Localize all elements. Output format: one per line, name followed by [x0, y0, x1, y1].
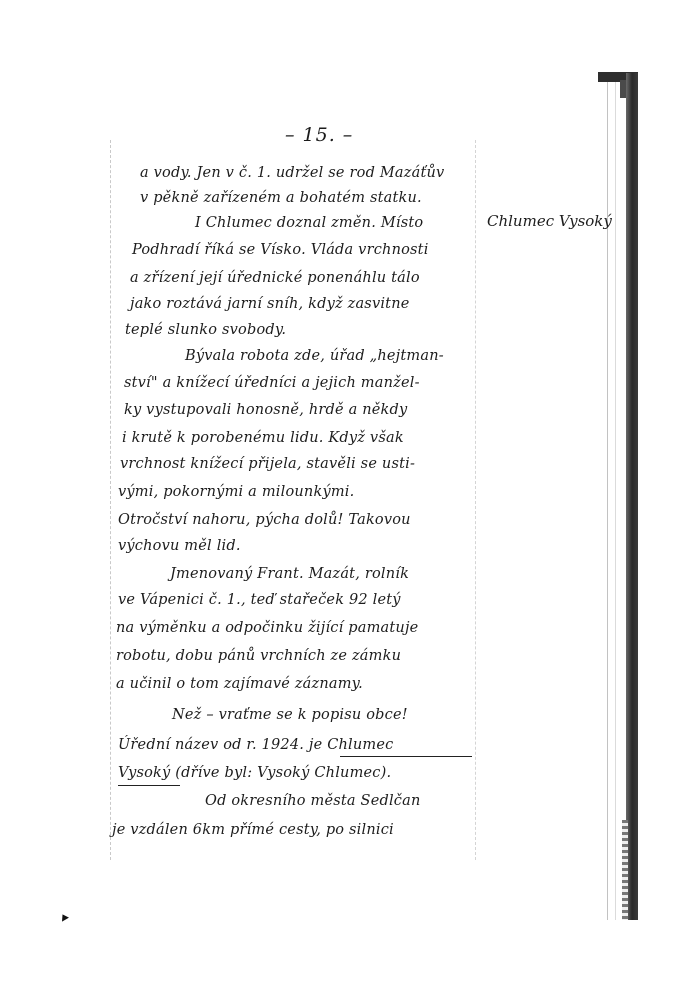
text-line: teplé slunko svobody. [125, 322, 286, 338]
text-line: Podhradí říká se Vísko. Vláda vrchnosti [132, 242, 429, 258]
corner-mark [59, 912, 69, 921]
page-number: – 15. – [285, 124, 353, 146]
text-line: Než – vraťme se k popisu obce! [172, 707, 408, 723]
manuscript-page: – 15. – Chlumec Vysoký a vody. Jen v č. … [0, 0, 700, 993]
text-line: ve Vápenici č. 1., teď stařeček 92 letý [118, 592, 401, 608]
text-line: výchovu měl lid. [118, 538, 241, 554]
text-line: vrchnost knížecí přijela, stavěli se ust… [120, 456, 415, 472]
text-line: a zřízení její úřednické ponenáhlu tálo [130, 270, 420, 286]
text-line: a vody. Jen v č. 1. udržel se rod Mazáťů… [140, 165, 444, 181]
text-line: Úřední název od r. 1924. je Chlumec [118, 737, 393, 753]
text-line: v pěkně zařízeném a bohatém statku. [140, 190, 422, 206]
left-margin-rule [110, 140, 111, 860]
text-line: Jmenovaný Frant. Mazát, rolník [170, 566, 409, 582]
text-line: Otročství nahoru, pýcha dolů! Takovou [118, 512, 411, 528]
text-line: Vysoký (dříve byl: Vysoký Chlumec). [118, 765, 391, 781]
text-line: i krutě k porobenému lidu. Když však [122, 430, 404, 446]
right-margin-rule [475, 140, 476, 860]
text-line: jako roztává jarní sníh, když zasvitne [130, 296, 410, 312]
text-line: ství" a knížecí úředníci a jejich manžel… [124, 375, 420, 391]
text-line: a učinil o tom zajímavé záznamy. [116, 676, 363, 692]
text-line: Bývala robota zde, úřad „hejtman- [185, 348, 444, 364]
underline-vysoky [118, 785, 180, 786]
binding-torn-edge [622, 820, 628, 920]
underline-chlumec [340, 756, 472, 757]
text-line: je vzdálen 6km přímé cesty, po silnici [112, 822, 394, 838]
text-line: na výměnku a odpočinku žijící pamatuje [116, 620, 418, 636]
page-edge-line-inner [615, 75, 616, 920]
text-line: I Chlumec doznal změn. Místo [195, 215, 423, 231]
text-line: ky vystupovali honosně, hrdě a někdy [124, 402, 407, 418]
margin-note: Chlumec Vysoký [487, 212, 612, 230]
book-binding-edge [626, 73, 638, 920]
text-line: Od okresního města Sedlčan [205, 793, 421, 809]
text-line: vými, pokornými a milounkými. [118, 484, 354, 500]
page-edge-line [607, 75, 608, 920]
text-line: robotu, dobu pánů vrchních ze zámku [116, 648, 401, 664]
